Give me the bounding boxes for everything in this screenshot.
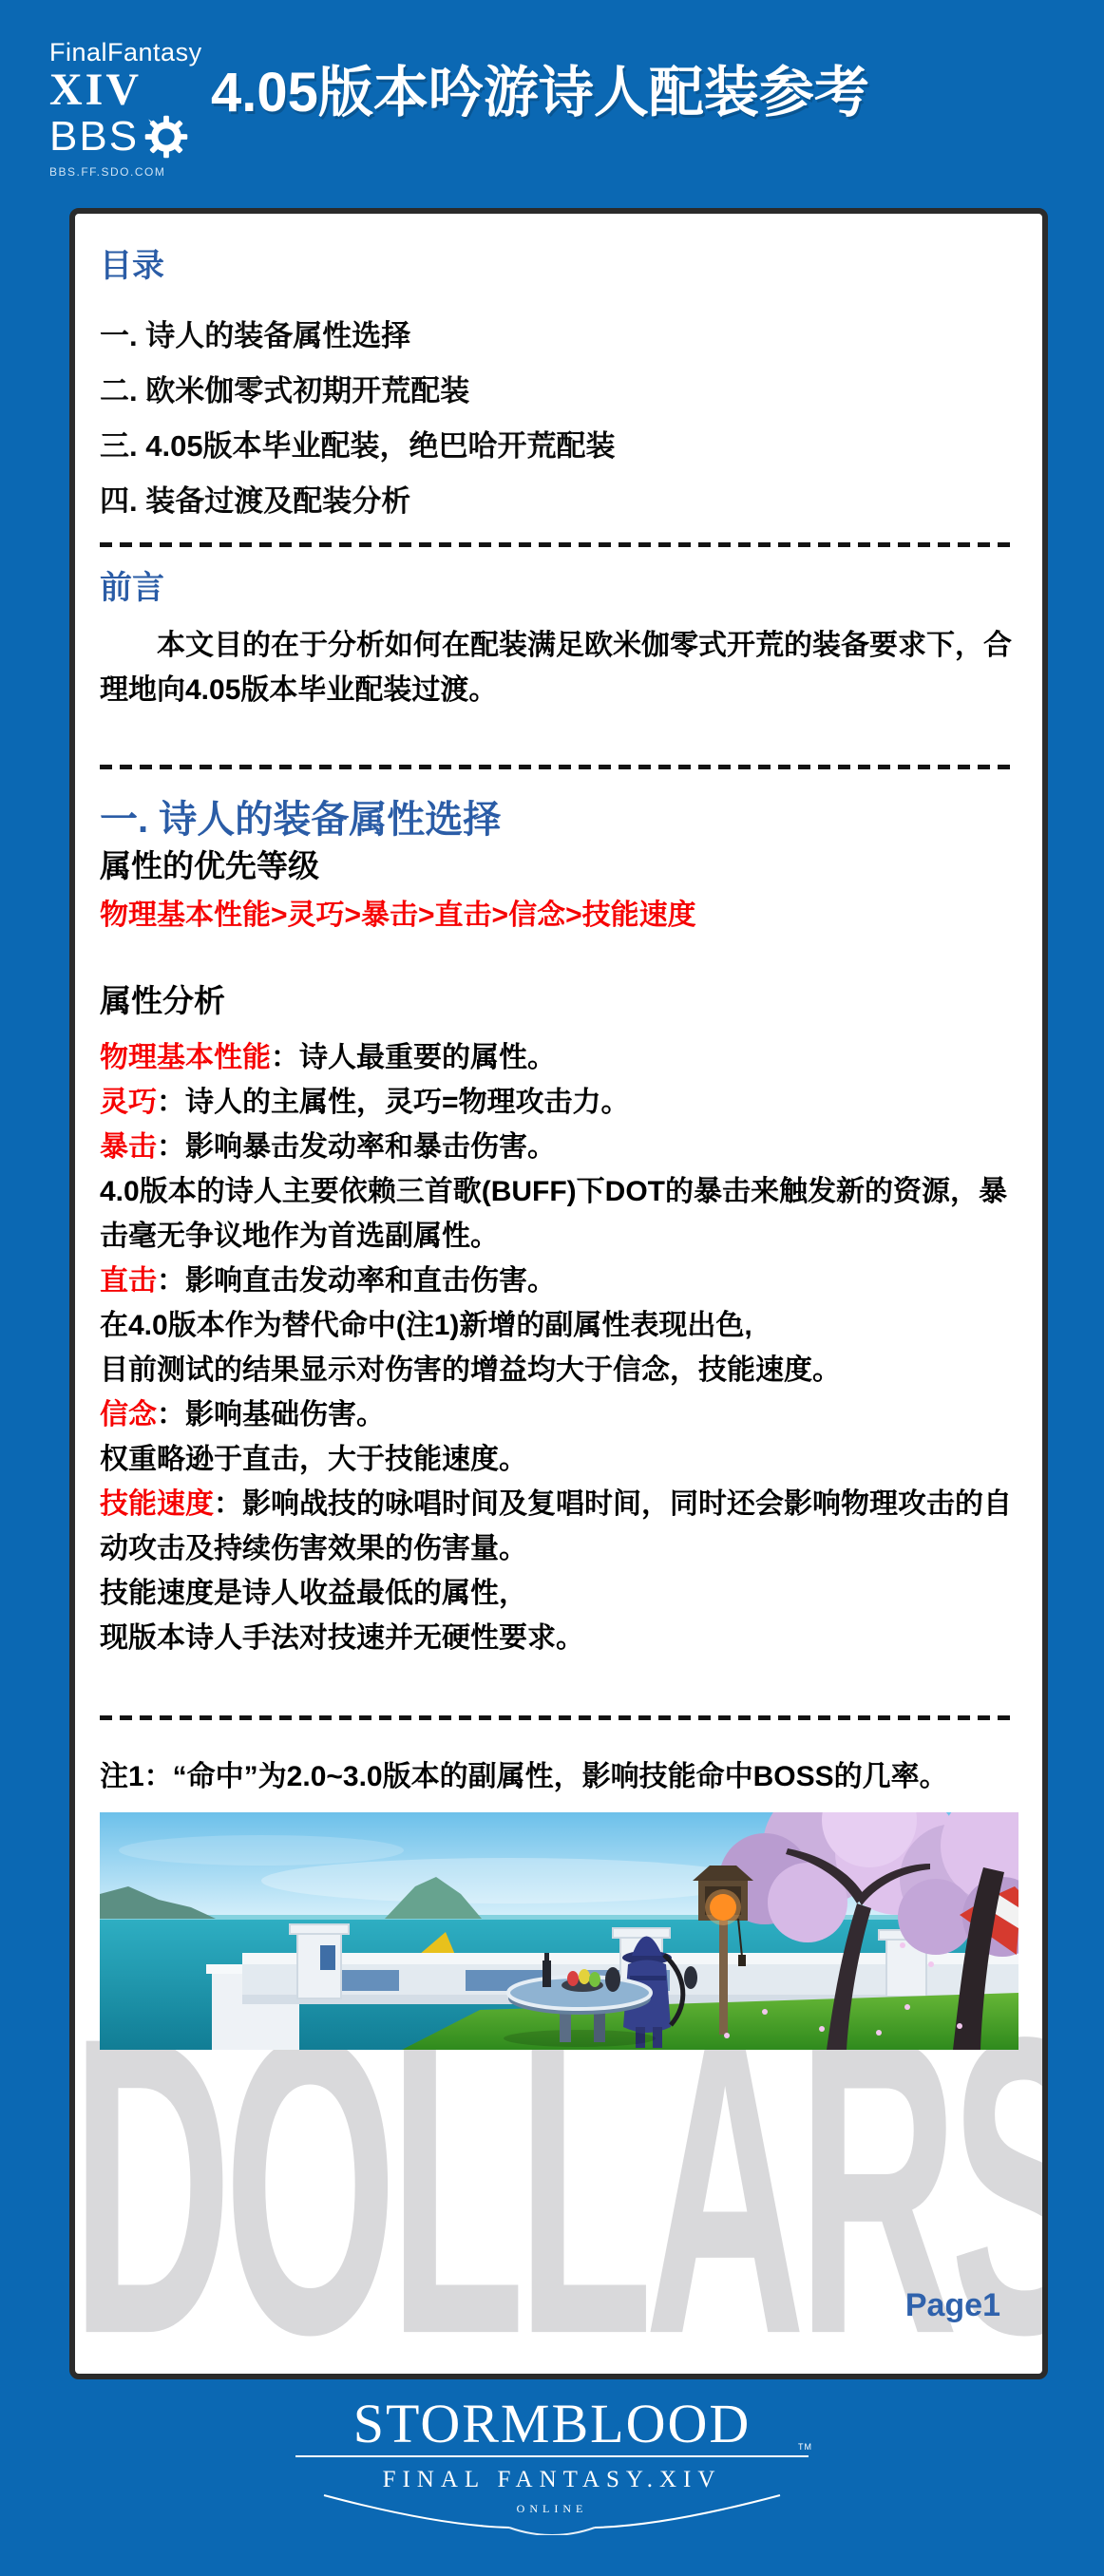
toc-heading: 目录 xyxy=(100,246,1019,286)
dashed-divider xyxy=(100,542,1018,547)
online-label-wrap: ONLINE xyxy=(295,2493,809,2535)
analysis-paragraph: 权重略逊于直击，大于技能速度。 xyxy=(100,1437,1019,1482)
online-label: ONLINE xyxy=(295,2502,809,2516)
final-fantasy-xiv-label: FINAL FANTASY.XIV xyxy=(0,2467,1104,2493)
gear-icon xyxy=(144,115,188,162)
preface-heading: 前言 xyxy=(100,568,1019,608)
analysis-paragraph: 在4.0版本作为替代命中(注1)新增的副属性表现出色, xyxy=(100,1303,1019,1348)
toc-item-3: 三. 4.05版本毕业配装，绝巴哈开荒配装 xyxy=(100,419,1019,474)
analysis-paragraph: 目前测试的结果显示对伤害的增益均大于信念，技能速度。 xyxy=(100,1348,1019,1392)
stormblood-title: STORMBLOOD xyxy=(0,2396,1104,2453)
page-number: Page1 xyxy=(905,2287,1000,2324)
analysis-paragraph: 灵巧：诗人的主属性，灵巧=物理攻击力。 xyxy=(100,1080,1019,1125)
page-title: 4.05版本吟游诗人配装参考 xyxy=(211,47,869,127)
toc-list: 一. 诗人的装备属性选择 二. 欧米伽零式初期开荒配装 三. 4.05版本毕业配… xyxy=(100,309,1019,529)
analysis-paragraph: 信念：影响基础伤害。 xyxy=(100,1392,1019,1437)
trademark-mark: TM xyxy=(798,2442,812,2452)
toc-item-4: 四. 装备过渡及配装分析 xyxy=(100,474,1019,529)
logo-underline: TM xyxy=(295,2455,809,2457)
analysis-paragraph: 暴击：影响暴击发动率和暴击伤害。 xyxy=(100,1125,1019,1169)
stat-priority-line: 物理基本性能>灵巧>暴击>直击>信念>技能速度 xyxy=(100,897,1019,935)
stormblood-logo: STORMBLOOD TM FINAL FANTASY.XIV ONLINE xyxy=(0,2396,1104,2535)
footnote: 注1：“命中”为2.0~3.0版本的副属性，影响技能命中BOSS的几率。 xyxy=(100,1754,1019,1799)
analysis-paragraph: 物理基本性能：诗人最重要的属性。 xyxy=(100,1035,1019,1080)
logo-xiv: XIV xyxy=(49,67,202,113)
toc-item-2: 二. 欧米伽零式初期开荒配装 xyxy=(100,364,1019,419)
dashed-divider xyxy=(100,1715,1018,1720)
logo-url: BBS.FF.SDO.COM xyxy=(49,166,202,178)
dashed-divider xyxy=(100,765,1018,769)
section1-heading: 一. 诗人的装备属性选择 xyxy=(100,796,1019,843)
analysis-paragraph: 技能速度：影响战技的咏唱时间及复唱时间，同时还会影响物理攻击的自动攻击及持续伤害… xyxy=(100,1482,1019,1571)
analysis-paragraphs: 物理基本性能：诗人最重要的属性。 灵巧：诗人的主属性，灵巧=物理攻击力。 暴击：… xyxy=(100,1035,1019,1660)
logo-finalfantasy: FinalFantasy xyxy=(49,40,202,66)
game-screenshot xyxy=(100,1812,1018,2050)
analysis-paragraph: 直击：影响直击发动率和直击伤害。 xyxy=(100,1259,1019,1303)
logo-bbs: BBS xyxy=(49,116,139,158)
analysis-paragraph: 技能速度是诗人收益最低的属性， xyxy=(100,1571,1019,1616)
content-card: DOLLARS 目录 一. 诗人的装备属性选择 二. 欧米伽零式初期开荒配装 三… xyxy=(69,208,1048,2379)
analysis-paragraph: 现版本诗人手法对技速并无硬性要求。 xyxy=(100,1616,1019,1660)
ffxiv-bbs-logo: FinalFantasy XIV BBS xyxy=(49,40,202,178)
preface-body: 本文目的在于分析如何在配装满足欧米伽零式开荒的装备要求下，合理地向4.05版本毕… xyxy=(100,623,1019,712)
analysis-paragraph: 4.0版本的诗人主要依赖三首歌(BUFF)下DOT的暴击来触发新的资源，暴击毫无… xyxy=(100,1169,1019,1259)
priority-heading: 属性的优先等级 xyxy=(100,845,1019,887)
toc-item-1: 一. 诗人的装备属性选择 xyxy=(100,309,1019,364)
analysis-heading: 属性分析 xyxy=(100,980,1019,1022)
